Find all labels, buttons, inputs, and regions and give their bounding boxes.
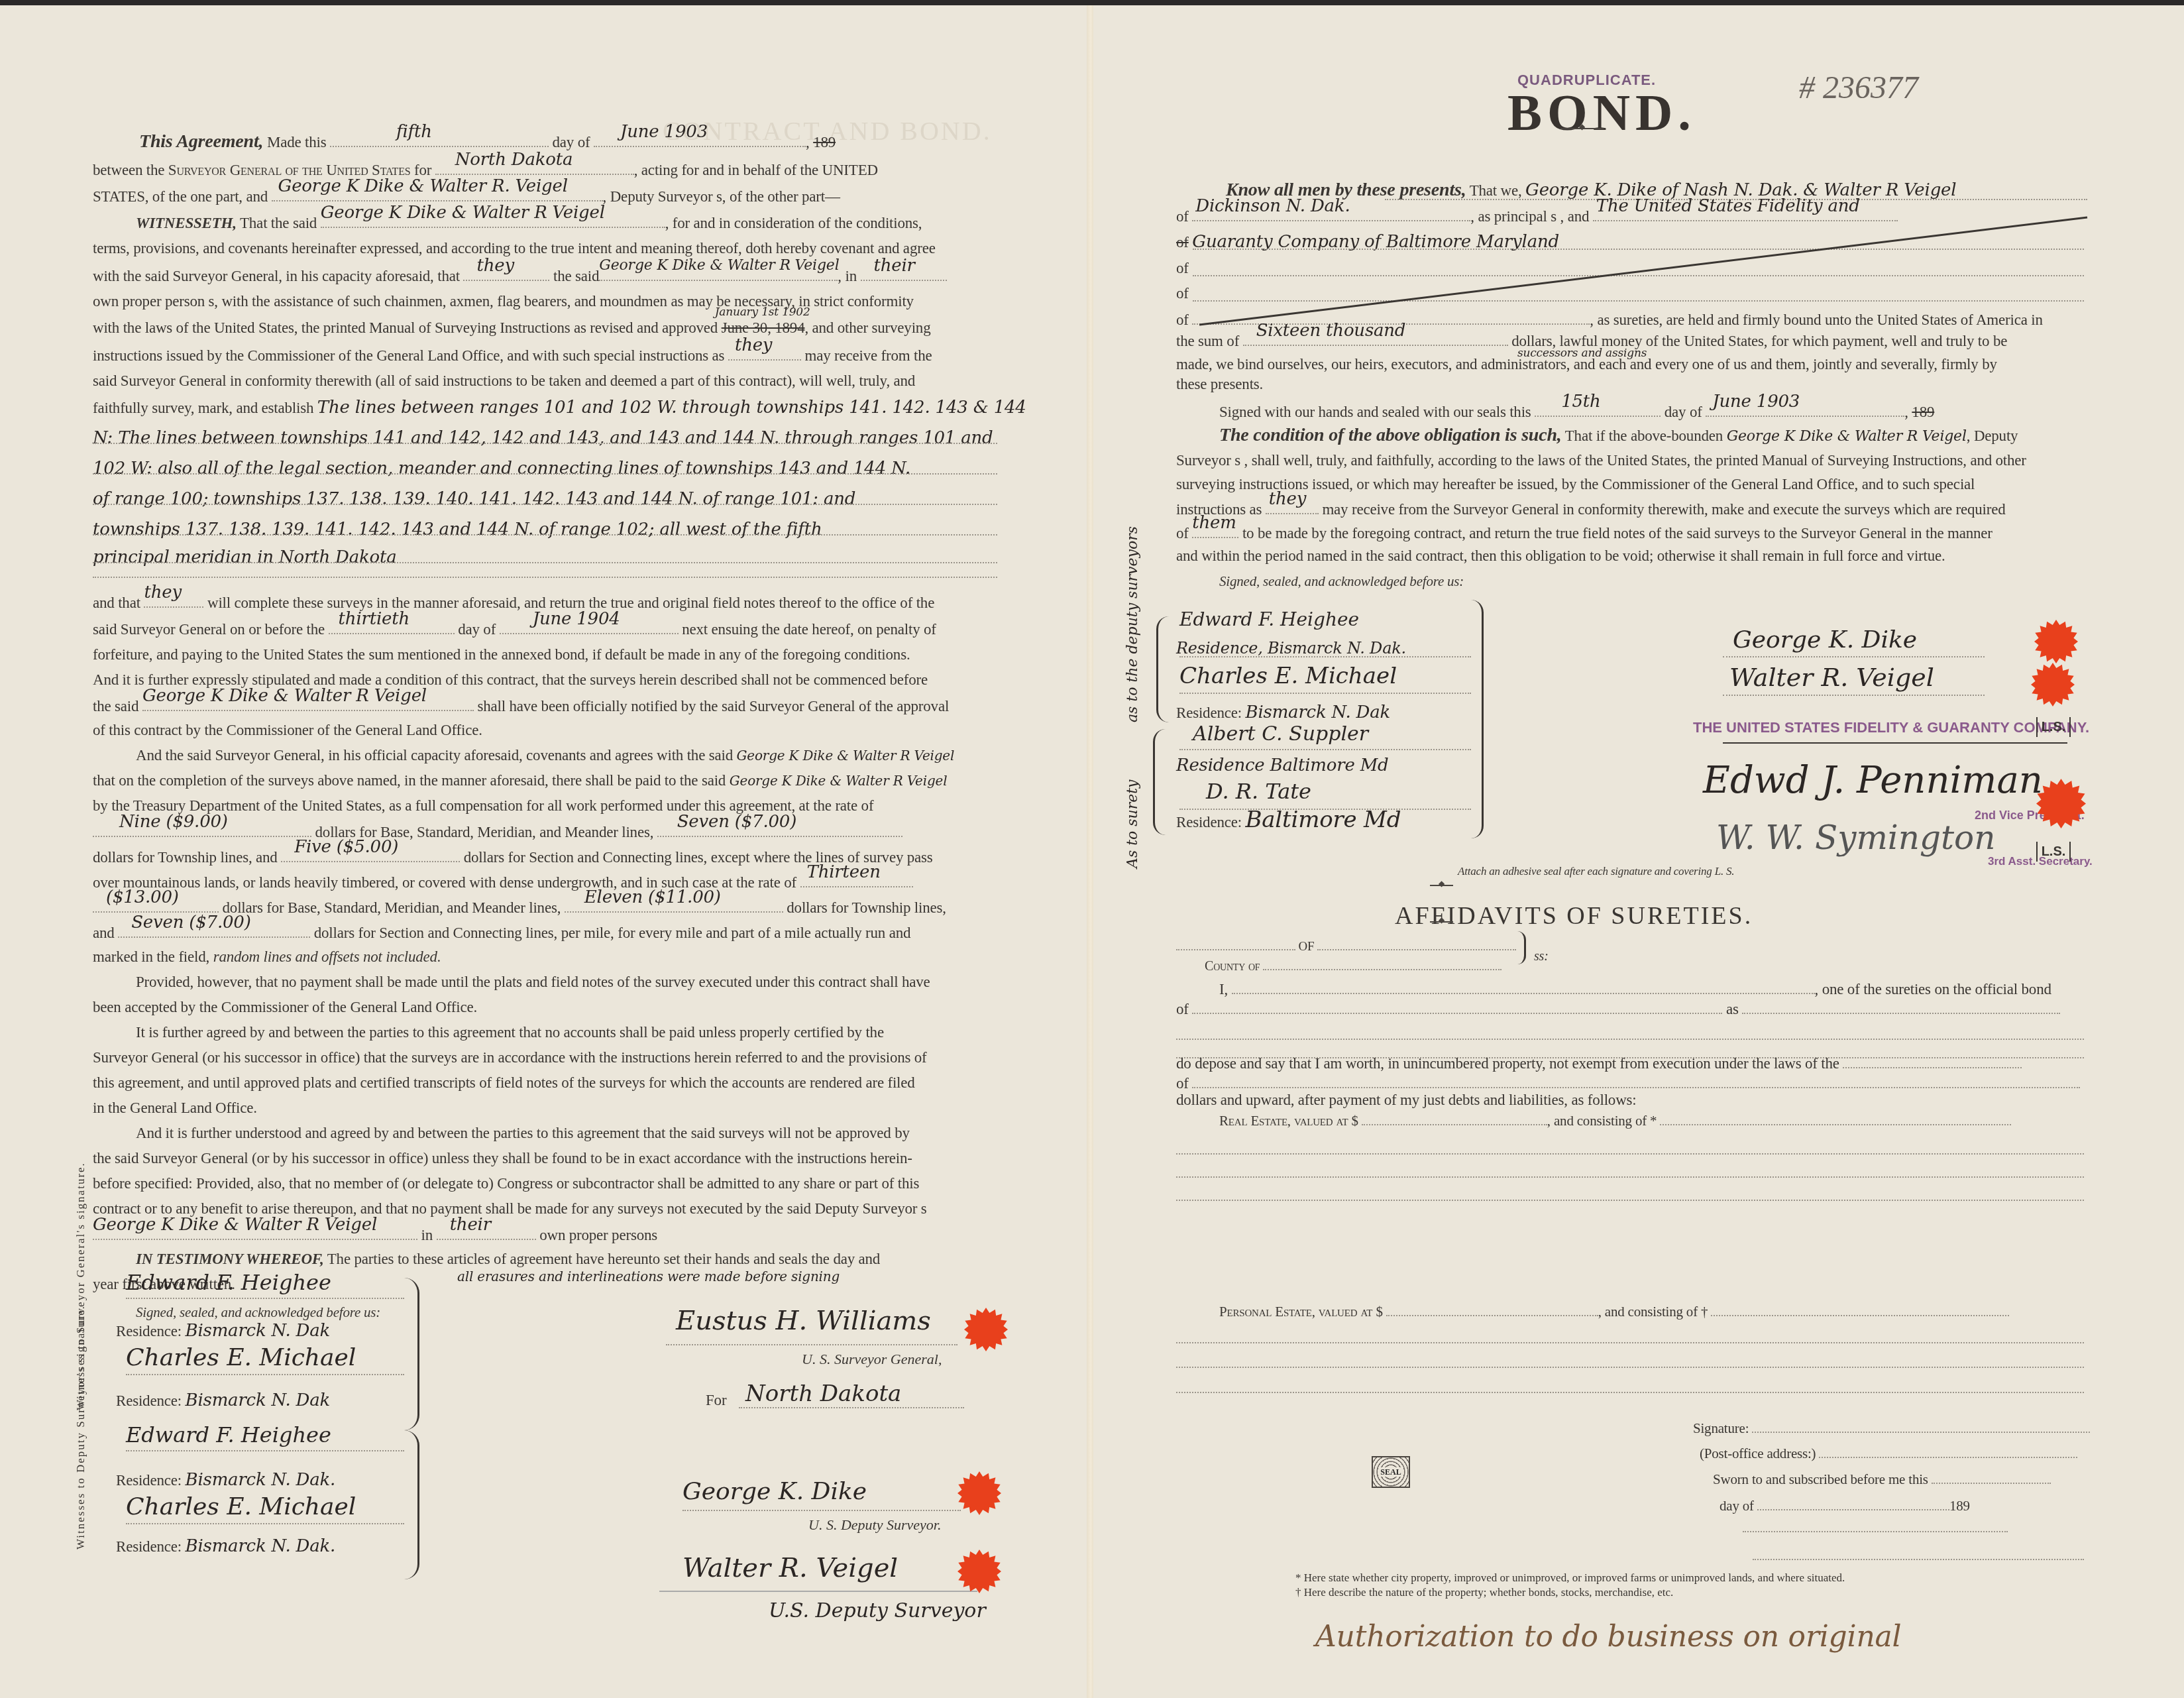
surveyor-general-signature: Eustus H. Williams [676, 1306, 931, 1336]
due-day: thirtieth [339, 609, 409, 629]
sworn-day-field[interactable]: day of 189 [1720, 1495, 1970, 1516]
margin-note-surety: As to surety [1126, 779, 1140, 868]
erasures-note: all erasures and interlineations were ma… [457, 1267, 840, 1286]
strike-diagonal [1193, 212, 2094, 331]
blank-line[interactable] [1176, 1039, 2084, 1040]
blank-line[interactable] [1176, 1200, 2084, 1201]
signature-field[interactable]: Signature: [1693, 1417, 2090, 1438]
red-seal-icon [2031, 663, 2075, 707]
survey-description-line-3: of range 100; townships 137. 138. 139. 1… [93, 489, 855, 509]
survey-description-line-2: 102 W: also all of the legal section, me… [93, 459, 910, 479]
bond-witness-4-name: D. R. Tate [1206, 779, 1311, 804]
due-date-line: said Surveyor General on or before the t… [93, 618, 936, 640]
blank-line[interactable] [1176, 1153, 2084, 1155]
bond-number: # 236377 [1799, 70, 1918, 106]
scan-top-edge [0, 0, 2184, 5]
rates-line-1: Nine ($9.00) dollars for Base, Standard,… [93, 821, 902, 842]
seal-icon: SEAL [1372, 1456, 1410, 1488]
ls-box: L.S. [2036, 717, 2071, 737]
ornament-divider [1560, 128, 1604, 129]
ls-box: L.S. [2036, 842, 2071, 862]
sg-witness-1-residence: Bismarck N. Dak [185, 1321, 330, 1341]
rate-section: Five ($5.00) [294, 837, 398, 857]
blank-line[interactable] [1176, 1176, 2084, 1178]
contract-page: CONTRACT AND BOND. This Agreement, Made … [0, 5, 1087, 1698]
bond-title: BOND. [1507, 83, 1696, 142]
signed-date-line: Signed with our hands and sealed with ou… [1219, 401, 1934, 422]
bottom-handwritten-note: Authorization to do business on original [1315, 1627, 1901, 1647]
red-seal-icon [2034, 620, 2078, 663]
bond-witness-3-residence: Residence Baltimore Md [1176, 756, 1389, 775]
blank-line[interactable] [1176, 1367, 2084, 1368]
personal-estate-field[interactable]: Personal Estate, valued at $ , and consi… [1219, 1300, 2009, 1322]
witnesseth-line: WITNESSETH, That the said George K Dike … [136, 212, 922, 233]
deputy-2-signature: Walter R. Veigel [682, 1553, 898, 1583]
blank-line[interactable] [1176, 1392, 2084, 1393]
bond-witness-2-residence: Bismarck N. Dak [1245, 703, 1390, 722]
inserted-date: January 1st 1902 [715, 302, 810, 322]
margin-note-deputy: as to the deputy surveyors [1126, 526, 1140, 722]
sg-state: North Dakota [745, 1381, 901, 1407]
bond-principal-2-signature: Walter R. Veigel [1729, 663, 1934, 692]
bond-sum: Sixteen thousand [1256, 321, 1406, 341]
dep-witness-2-name: Charles E. Michael [126, 1493, 356, 1520]
bond-witness-3-name: Albert C. Suppler [1193, 722, 1368, 746]
condition-line: The condition of the above obligation is… [1219, 425, 2018, 447]
survey-description-line-0: faithfully survey, mark, and establish T… [93, 398, 1026, 418]
manual-line: with the laws of the United States, the … [93, 318, 930, 338]
due-month-year: June 1904 [533, 609, 620, 629]
state-of-field[interactable]: OF [1176, 934, 1516, 957]
attach-seal-note: Attach an adhesive seal after each signa… [1458, 862, 1734, 881]
po-address-field[interactable]: (Post-office address:) [1700, 1442, 2077, 1463]
agreement-day: fifth [396, 122, 432, 142]
completion-line: and that they will complete these survey… [93, 592, 934, 613]
officer-1-signature: Edwd J. Penniman [1703, 759, 2043, 802]
rate-township: Seven ($7.00) [677, 812, 796, 832]
sg-witness-1-name: Edward F. Heighee [126, 1270, 331, 1295]
surety-company-stamp: THE UNITED STATES FIDELITY & GUARANTY CO… [1693, 719, 2089, 736]
footnote-1: * Here state whether city property, impr… [1295, 1571, 1845, 1585]
red-seal-icon [957, 1550, 1001, 1593]
agreement-heading: This Agreement, [139, 131, 263, 152]
officer-signature-line[interactable] [1743, 1531, 2008, 1532]
bond-witness-1-name: Edward F. Heighee [1179, 608, 1359, 630]
deputy-1-signature: George K. Dike [682, 1478, 867, 1505]
conformity-line: said Surveyor General in conformity ther… [93, 371, 915, 391]
survey-description-line-5: principal meridian in North Dakota [93, 547, 397, 567]
sg-witness-2-name: Charles E. Michael [126, 1344, 356, 1371]
bond-witness-1-residence: Residence, Bismarck N. Dak. [1176, 638, 1406, 658]
affiant-name-field[interactable]: I, , one of the sureties on the official… [1219, 978, 2051, 999]
capacity-line: with the said Surveyor General, in his c… [93, 265, 947, 286]
survey-description-line-1: N: The lines between townships 141 and 1… [93, 428, 993, 448]
agreement-state: North Dakota [455, 150, 573, 170]
county-of-field[interactable]: County of [1205, 954, 1501, 976]
rate-base: Nine ($9.00) [119, 812, 228, 832]
signed-day: 15th [1561, 392, 1600, 412]
blank-line[interactable] [1176, 1342, 2084, 1343]
deputy-names: George K Dike & Walter R. Veigel [278, 176, 568, 196]
officer-2-signature: W. W. Symington [1716, 819, 1995, 857]
sworn-field[interactable]: Sworn to and subscribed before me this [1713, 1468, 2051, 1489]
agreement-month-year: June 1903 [620, 122, 708, 142]
red-seal-icon [2036, 779, 2086, 828]
affidavits-title: AFFIDAVITS OF SURETIES. [1395, 901, 1753, 931]
survey-description-line-4: townships 137. 138. 139. 141. 142. 143 a… [93, 520, 822, 539]
red-seal-icon [957, 1471, 1001, 1515]
bond-of-field[interactable]: of as [1176, 998, 2060, 1019]
bond-witness-4-residence: Baltimore Md [1245, 807, 1401, 833]
dep-witness-1-name: Edward F. Heighee [126, 1422, 331, 1447]
dep-witness-1-residence: Bismarck N. Dak. [185, 1470, 335, 1490]
deputy-witness-label: Witnesses to Deputy Surveyor's signature… [74, 1437, 87, 1550]
depose-line: do depose and say that I am worth, in un… [1176, 1052, 2022, 1074]
sg-witness-2-residence: Bismarck N. Dak [185, 1390, 330, 1410]
real-estate-field[interactable]: Real Estate, valued at $ , and consistin… [1219, 1109, 2011, 1131]
footnote-2: † Here describe the nature of the proper… [1295, 1585, 1673, 1600]
officer-title-line[interactable] [1753, 1559, 2084, 1560]
bond-principal-1-signature: George K. Dike [1733, 626, 1917, 653]
rates-line-5: and Seven ($7.00) dollars for Section an… [93, 922, 910, 943]
instructions-line: instructions issued by the Commissioner … [93, 345, 932, 366]
dep-witness-2-residence: Bismarck N. Dak. [185, 1536, 335, 1556]
bond-witness-2-name: Charles E. Michael [1179, 663, 1397, 689]
signed-month-year: June 1903 [1712, 392, 1800, 412]
red-seal-icon [964, 1308, 1008, 1351]
